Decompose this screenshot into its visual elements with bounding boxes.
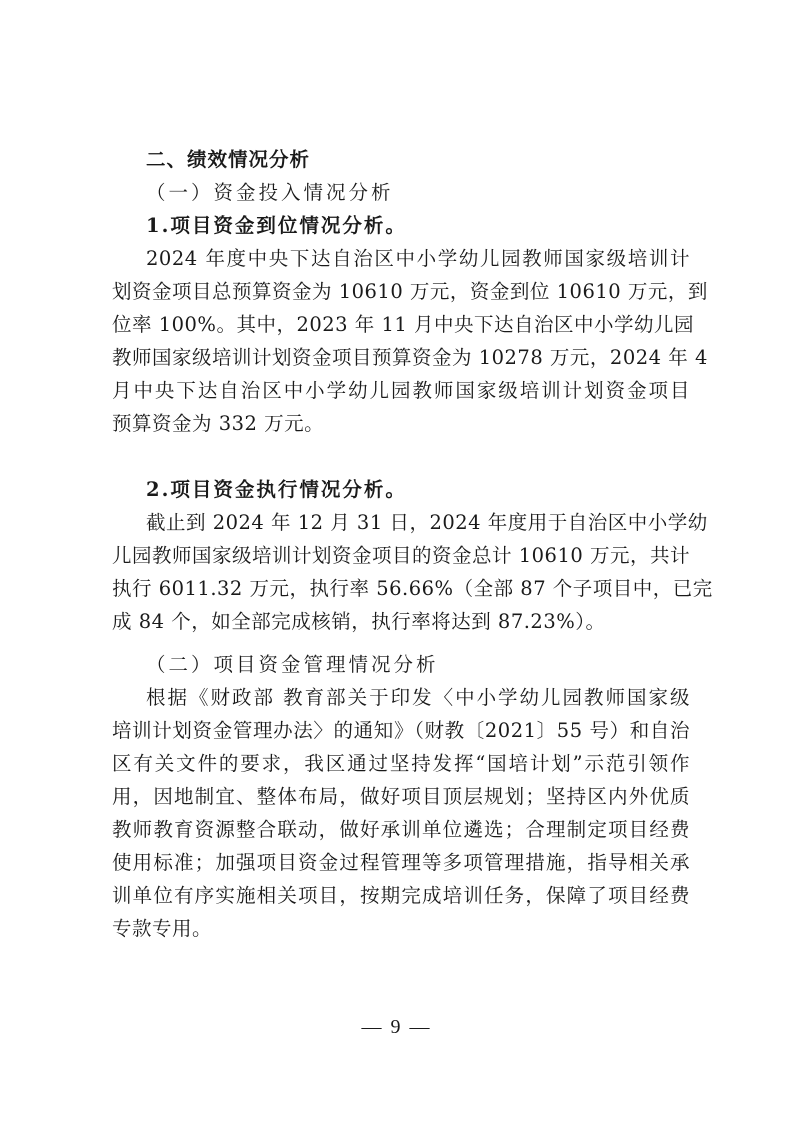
- subsection-1-title: （一）资金投入情况分析: [146, 177, 394, 209]
- document-page: 二、绩效情况分析 （一）资金投入情况分析 1.项目资金到位情况分析。 2024 …: [0, 0, 793, 1122]
- page-number: — 9 —: [0, 1013, 793, 1041]
- paragraph-line: 执行 6011.32 万元，执行率 56.66%（全部 87 个子项目中，已完: [112, 573, 690, 605]
- paragraph-line: 成 84 个，如全部完成核销，执行率将达到 87.23%）。: [112, 606, 690, 638]
- paragraph-line: 教师教育资源整合联动，做好承训单位遴选；合理制定项目经费: [112, 814, 690, 846]
- paragraph-line: 使用标准；加强项目资金过程管理等多项管理措施，指导相关承: [112, 847, 690, 879]
- paragraph-line: 训单位有序实施相关项目，按期完成培训任务，保障了项目经费: [112, 880, 690, 912]
- paragraph-line: 教师国家级培训计划资金项目预算资金为 10278 万元，2024 年 4: [112, 342, 690, 374]
- paragraph-line: 截止到 2024 年 12 月 31 日，2024 年度用于自治区中小学幼: [146, 507, 690, 539]
- subsection-2-title: （二）项目资金管理情况分析: [146, 649, 439, 681]
- item-1-title: 1.项目资金到位情况分析。: [146, 210, 407, 242]
- paragraph-line: 预算资金为 332 万元。: [112, 408, 690, 440]
- paragraph-line: 位率 100%。其中，2023 年 11 月中央下达自治区中小学幼儿园: [112, 309, 690, 341]
- item-2-title: 2.项目资金执行情况分析。: [146, 474, 407, 506]
- paragraph-line: 划资金项目总预算资金为 10610 万元，资金到位 10610 万元，到: [112, 276, 690, 308]
- paragraph-line: 2024 年度中央下达自治区中小学幼儿园教师国家级培训计: [146, 243, 690, 275]
- paragraph-line: 培训计划资金管理办法〉的通知》（财教〔2021〕55 号）和自治: [112, 715, 690, 747]
- paragraph-line: 专款专用。: [112, 913, 690, 945]
- paragraph-line: 根据《财政部 教育部关于印发〈中小学幼儿园教师国家级: [146, 682, 690, 714]
- paragraph-line: 用，因地制宜、整体布局，做好项目顶层规划；坚持区内外优质: [112, 781, 690, 813]
- paragraph-line: 儿园教师国家级培训计划资金项目的资金总计 10610 万元，共计: [112, 540, 690, 572]
- paragraph-line: 区有关文件的要求，我区通过坚持发挥“国培计划”示范引领作: [112, 748, 690, 780]
- paragraph-line: 月中央下达自治区中小学幼儿园教师国家级培训计划资金项目: [112, 375, 690, 407]
- section-title: 二、绩效情况分析: [146, 144, 310, 176]
